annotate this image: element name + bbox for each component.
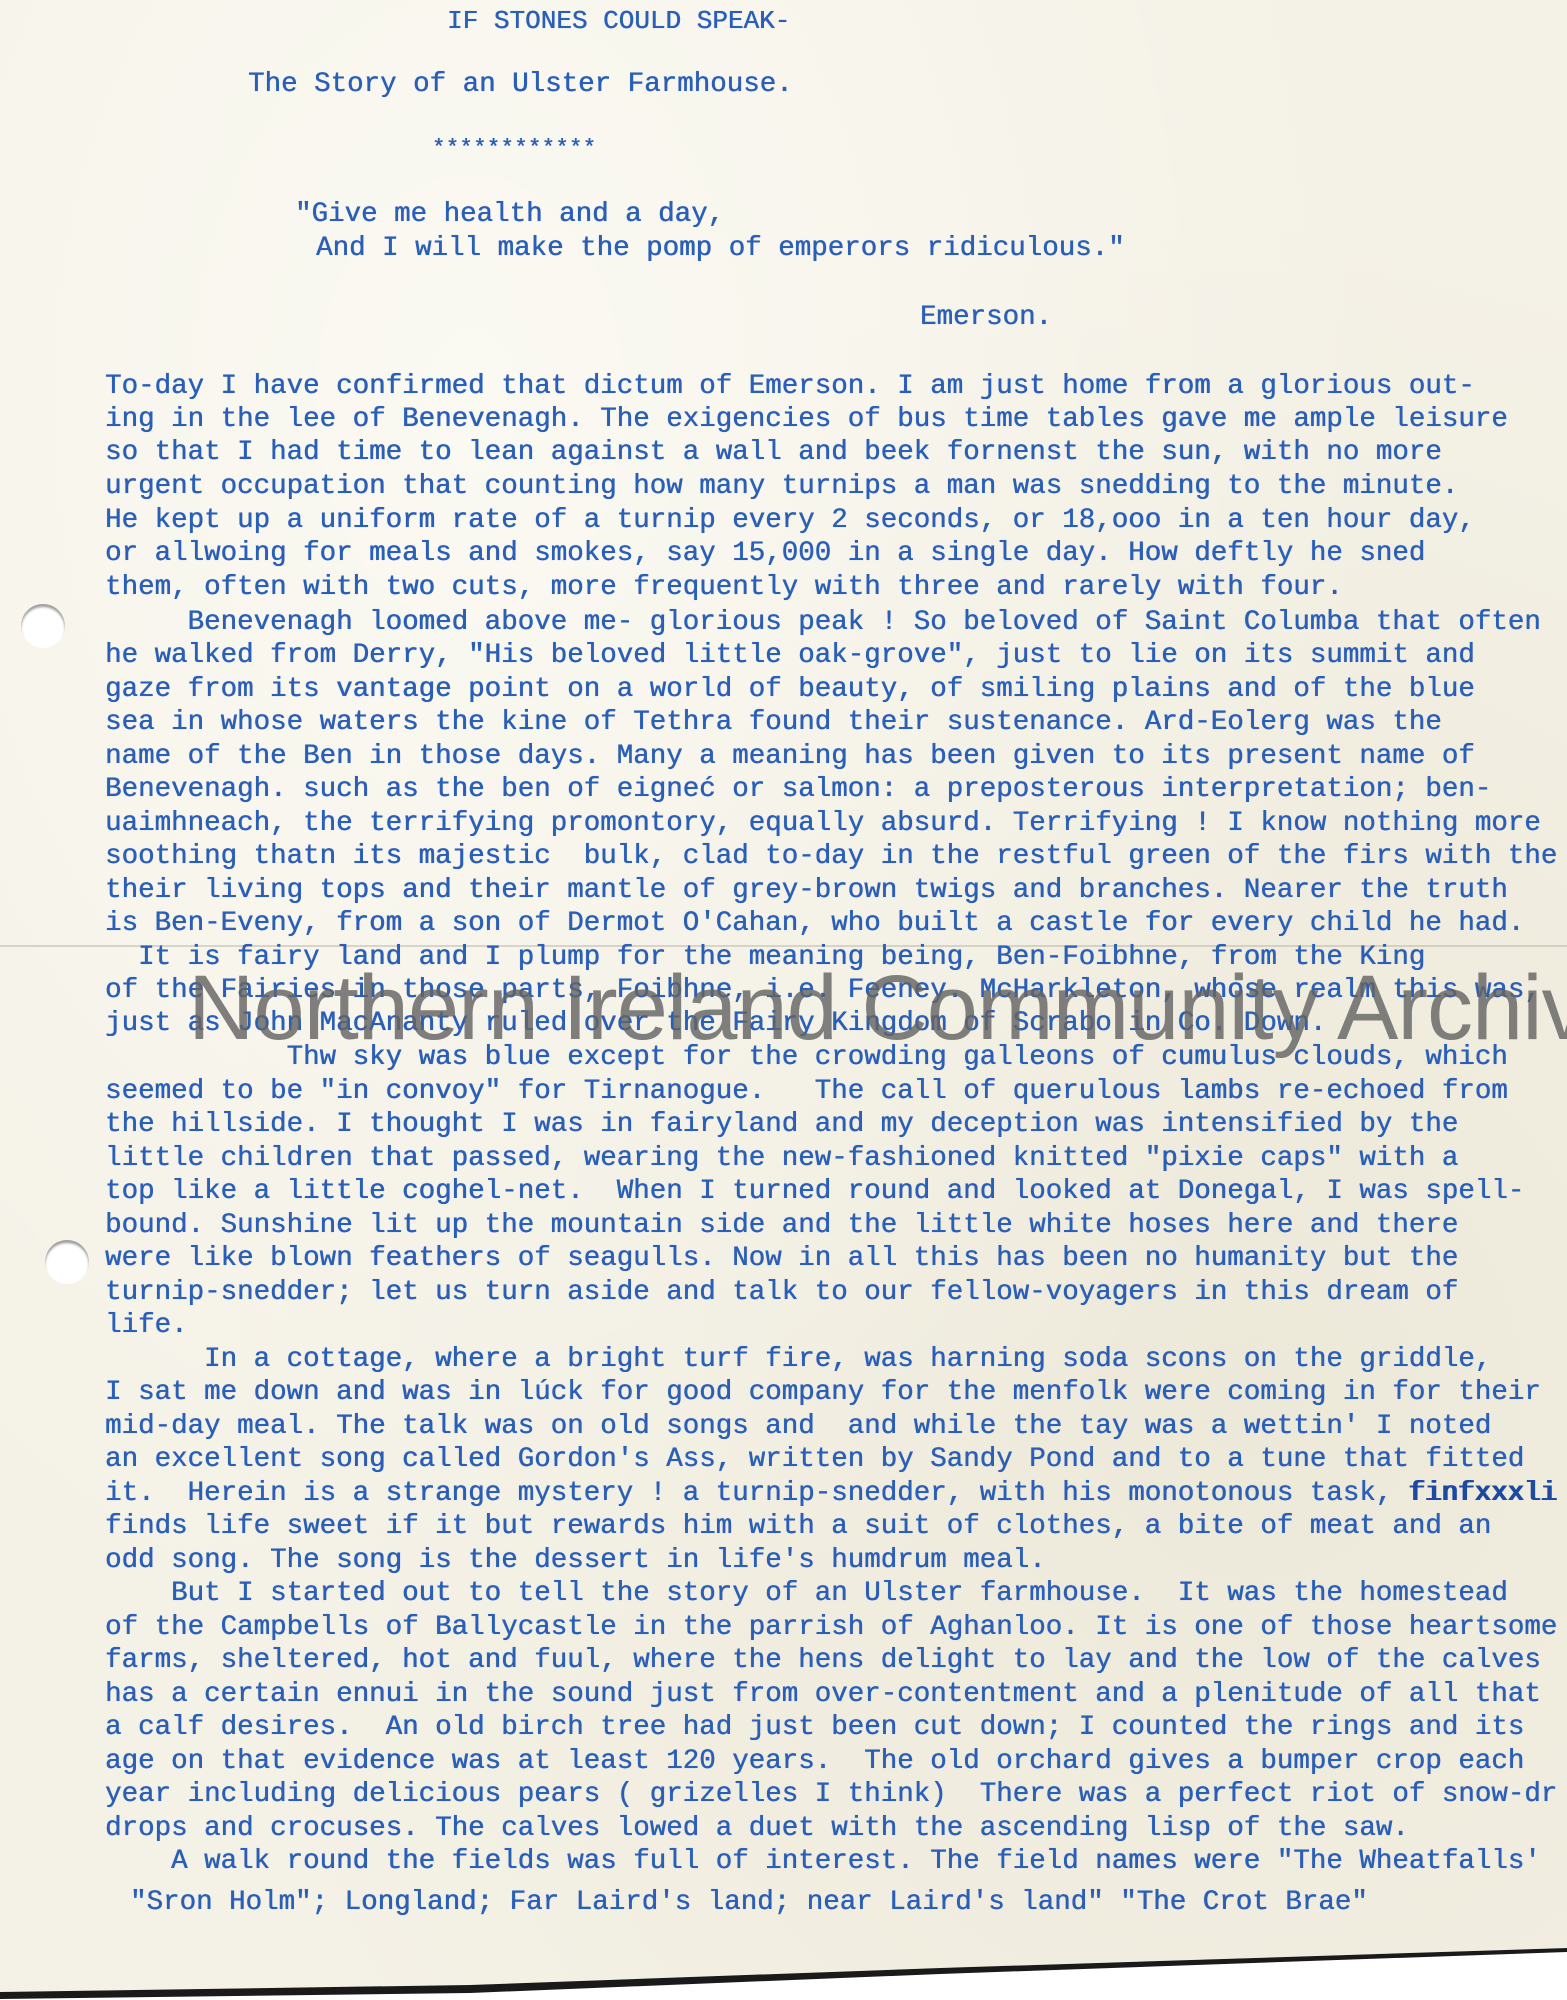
body-line: uaimhneach, the terrifying promontory, e… [105, 809, 1541, 839]
body-line: farms, sheltered, hot and fuul, where th… [105, 1646, 1541, 1676]
body-line: of the Campbells of Ballycastle in the p… [105, 1613, 1557, 1643]
body-line: of the Fairies in those parts, Foibhne, … [105, 976, 1541, 1006]
body-line: But I started out to tell the story of a… [105, 1579, 1508, 1609]
epigraph-line-1: "Give me health and a day, [295, 200, 724, 230]
struck-out-typing: finfxxxli [1409, 1478, 1558, 1509]
body-line: an excellent song called Gordon's Ass, w… [105, 1445, 1524, 1475]
body-line: soothing thatn its majestic bulk, clad t… [105, 842, 1557, 872]
body-line: "Sron Holm"; Longland; Far Laird's land;… [130, 1888, 1368, 1918]
body-line: a calf desires. An old birch tree had ju… [105, 1713, 1524, 1743]
body-line: urgent occupation that counting how many… [105, 472, 1458, 502]
body-line: A walk round the fields was full of inte… [105, 1847, 1541, 1877]
body-line: them, often with two cuts, more frequent… [105, 573, 1343, 603]
body-line: odd song. The song is the dessert in lif… [105, 1546, 1046, 1576]
body-line: it. Herein is a strange mystery ! a turn… [105, 1479, 1557, 1509]
body-line: Benevenagh. such as the ben of eigneć or… [105, 775, 1491, 805]
body-line: I sat me down and was in lúck for good c… [105, 1378, 1541, 1408]
body-line: Benevenagh loomed above me- glorious pea… [105, 608, 1541, 638]
epigraph-attribution: Emerson. [920, 303, 1052, 333]
body-line: bound. Sunshine lit up the mountain side… [105, 1211, 1458, 1241]
body-line: little children that passed, wearing the… [105, 1144, 1458, 1174]
body-line: Thw sky was blue except for the crowding… [105, 1043, 1508, 1073]
punch-hole-bottom [45, 1240, 89, 1284]
body-line: the hillside. I thought I was in fairyla… [105, 1110, 1458, 1140]
body-line: He kept up a uniform rate of a turnip ev… [105, 506, 1475, 536]
typewritten-page: IF STONES COULD SPEAK- The Story of an U… [0, 0, 1567, 2000]
separator-asterisks: ************ [432, 134, 596, 164]
body-line: age on that evidence was at least 120 ye… [105, 1747, 1524, 1777]
body-line: their living tops and their mantle of gr… [105, 876, 1508, 906]
body-line: mid-day meal. The talk was on old songs … [105, 1412, 1491, 1442]
body-line: is Ben-Eveny, from a son of Dermot O'Cah… [105, 909, 1524, 939]
body-line: seemed to be "in convoy" for Tirnanogue.… [105, 1077, 1508, 1107]
body-line: year including delicious pears ( grizell… [105, 1780, 1557, 1810]
body-line: In a cottage, where a bright turf fire, … [105, 1345, 1491, 1375]
document-subtitle: The Story of an Ulster Farmhouse. [248, 70, 793, 100]
epigraph-line-2: And I will make the pomp of emperors rid… [316, 234, 1125, 264]
body-line: gaze from its vantage point on a world o… [105, 675, 1475, 705]
body-line: top like a little coghel-net. When I tur… [105, 1177, 1524, 1207]
punch-hole-top [21, 604, 65, 648]
body-line: so that I had time to lean against a wal… [105, 438, 1442, 468]
body-line: were like blown feathers of seagulls. No… [105, 1244, 1458, 1274]
body-line: name of the Ben in those days. Many a me… [105, 742, 1475, 772]
body-line: has a certain ennui in the sound just fr… [105, 1680, 1541, 1710]
body-line: sea in whose waters the kine of Tethra f… [105, 708, 1442, 738]
body-line: ing in the lee of Benevenagh. The exigen… [105, 405, 1508, 435]
body-line: drops and crocuses. The calves lowed a d… [105, 1814, 1409, 1844]
body-line: he walked from Derry, "His beloved littl… [105, 641, 1475, 671]
body-line: just as John MacAnanty ruled over the Fa… [105, 1009, 1326, 1039]
document-title: IF STONES COULD SPEAK- [447, 6, 790, 36]
body-line: It is fairy land and I plump for the mea… [105, 943, 1425, 973]
body-line: turnip-snedder; let us turn aside and ta… [105, 1278, 1458, 1308]
body-line: To-day I have confirmed that dictum of E… [105, 372, 1475, 402]
body-line: life. [105, 1311, 188, 1341]
body-line: or allwoing for meals and smokes, say 15… [105, 539, 1425, 569]
body-line: finds life sweet if it but rewards him w… [105, 1512, 1491, 1542]
